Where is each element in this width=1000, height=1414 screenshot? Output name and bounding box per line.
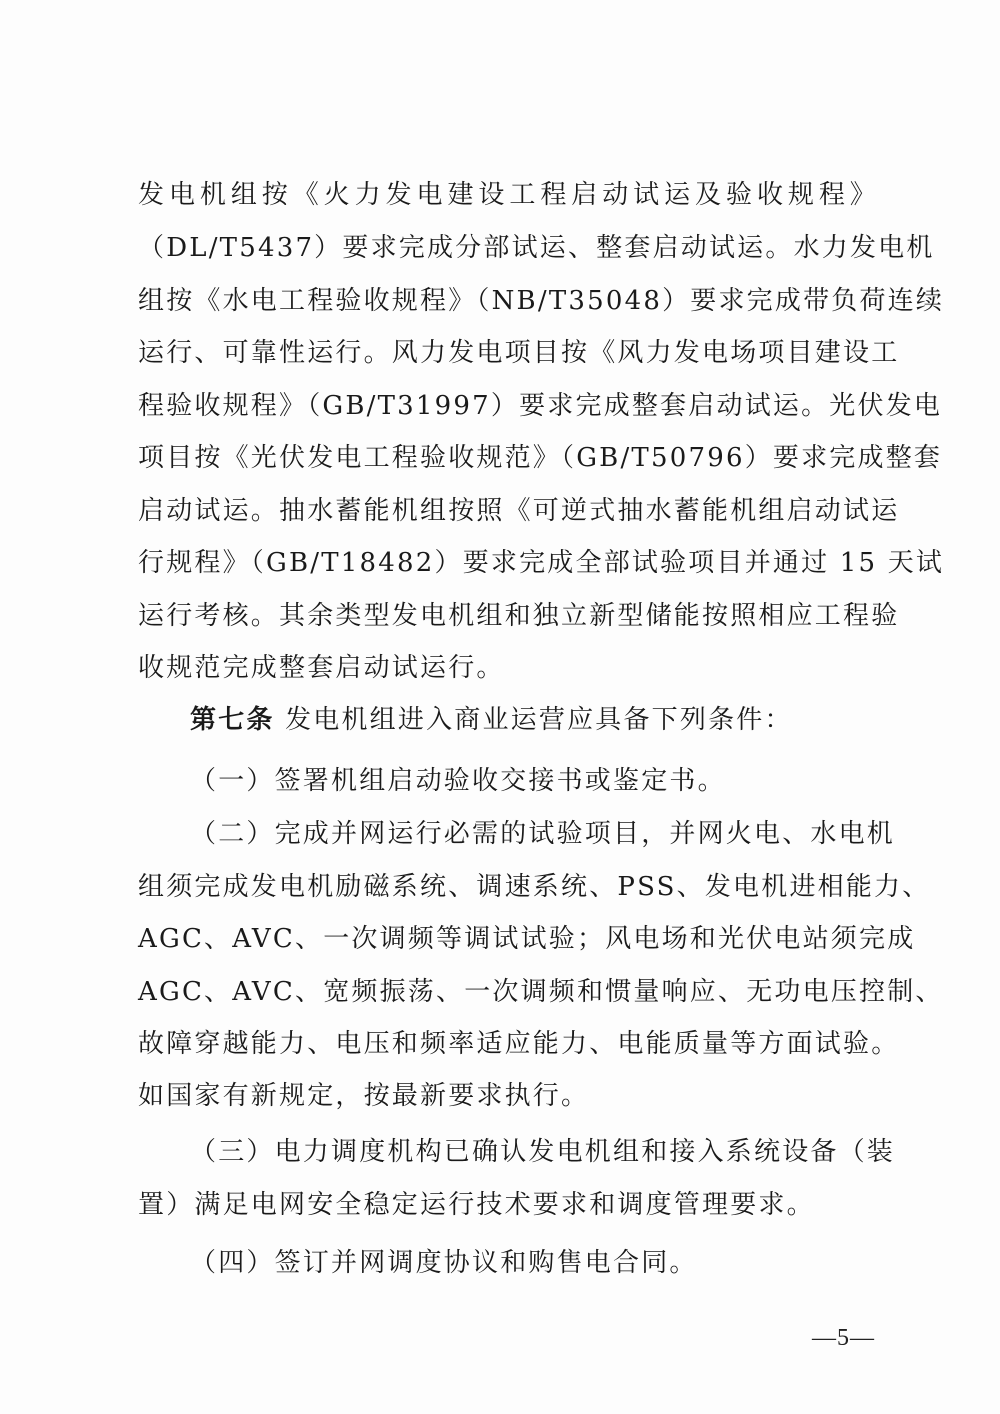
article-text: 发电机组进入商业运营应具备下列条件： — [285, 705, 793, 735]
text-line: 发电机组按《火力发电建设工程启动试运及验收规程》 — [138, 178, 878, 212]
text-line: （二）完成并网运行必需的试验项目，并网火电、水电机 — [190, 817, 878, 851]
page-number: —5— — [812, 1323, 875, 1353]
text-line: 故障穿越能力、电压和频率适应能力、电能质量等方面试验。 — [138, 1027, 878, 1061]
document-page: 发电机组按《火力发电建设工程启动试运及验收规程》 （DL/T5437）要求完成分… — [0, 0, 1000, 1414]
condition-item-4: （四）签订并网调度协议和购售电合同。 — [190, 1246, 878, 1280]
article-7-line: 第七条 发电机组进入商业运营应具备下列条件： — [190, 703, 878, 737]
text-line: 收规范完成整套启动试运行。 — [138, 651, 878, 685]
text-line: 行规程》（GB/T18482）要求完成全部试验项目并通过 15 天试 — [138, 546, 878, 580]
text-line: 运行、可靠性运行。风力发电项目按《风力发电场项目建设工 — [138, 336, 878, 370]
text-line: 程验收规程》（GB/T31997）要求完成整套启动试运。光伏发电 — [138, 389, 878, 423]
text-line: 项目按《光伏发电工程验收规范》（GB/T50796）要求完成整套 — [138, 441, 878, 475]
text-line: AGC、AVC、一次调频等调试试验；风电场和光伏电站须完成 — [138, 922, 878, 956]
condition-item-1: （一）签署机组启动验收交接书或鉴定书。 — [190, 764, 878, 798]
text-line: （DL/T5437）要求完成分部试运、整套启动试运。水力发电机 — [138, 231, 878, 265]
text-line: 如国家有新规定，按最新要求执行。 — [138, 1079, 878, 1113]
text-line: 组须完成发电机励磁系统、调速系统、PSS、发电机进相能力、 — [138, 870, 878, 904]
text-line: AGC、AVC、宽频振荡、一次调频和惯量响应、无功电压控制、 — [138, 975, 878, 1009]
text-line: 组按《水电工程验收规程》（NB/T35048）要求完成带负荷连续 — [138, 284, 878, 318]
article-heading: 第七条 — [190, 705, 275, 735]
text-line: 运行考核。其余类型发电机组和独立新型储能按照相应工程验 — [138, 599, 878, 633]
text-line: 启动试运。抽水蓄能机组按照《可逆式抽水蓄能机组启动试运 — [138, 494, 878, 528]
text-line: 置）满足电网安全稳定运行技术要求和调度管理要求。 — [138, 1188, 878, 1222]
text-line: （三）电力调度机构已确认发电机组和接入系统设备（装 — [190, 1135, 878, 1169]
